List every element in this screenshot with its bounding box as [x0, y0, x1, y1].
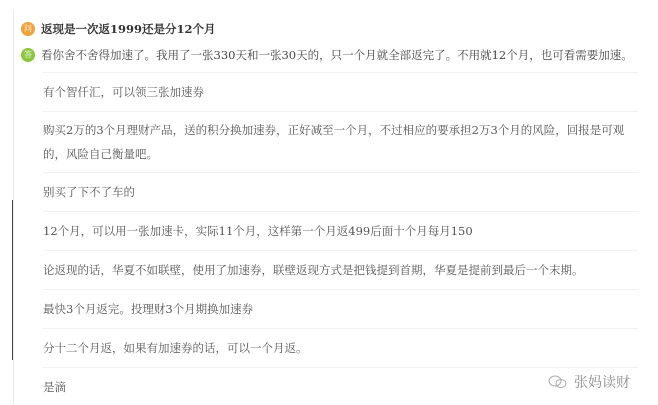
answer-badge-icon: 答: [21, 48, 35, 62]
left-accent-bar: [12, 200, 13, 360]
watermark-text: 张妈读财: [574, 372, 630, 392]
question-row: 问 返现是一次返1999还是分12个月: [21, 21, 216, 37]
answer-item: 别买了下不了车的: [43, 173, 638, 212]
wechat-icon: [548, 375, 568, 389]
answer-item: 12个月，可以用一张加速卡，实际11个月，这样第一个月返499后面十个月每月15…: [43, 212, 638, 251]
answer-item: 购买2万的3个月理财产品，送的积分换加速券，正好减至一个月，不过相应的要承担2万…: [43, 112, 638, 173]
question-text: 返现是一次返1999还是分12个月: [41, 21, 216, 37]
first-answer-row: 答 看你舍不舍得加速了。我用了一张330天和一张30天的，只一个月就全部返完了。…: [21, 47, 633, 63]
answer-item: 论返现的话，华夏不如联壁，使用了加速券，联壁返现方式是把钱提到首期，华夏是提前到…: [43, 251, 638, 290]
question-badge-icon: 问: [21, 22, 35, 36]
answer-item: 最快3个月返完。投理财3个月期换加速券: [43, 290, 638, 329]
watermark: 张妈读财: [548, 372, 630, 392]
answer-item: 分十二个月返，如果有加速券的话，可以一个月返。: [43, 329, 638, 368]
first-answer-text: 看你舍不舍得加速了。我用了一张330天和一张30天的，只一个月就全部返完了。不用…: [41, 47, 633, 63]
answer-item: 有个智仟汇，可以领三张加速券: [43, 75, 638, 112]
divider: [43, 72, 638, 73]
answer-list: 有个智仟汇，可以领三张加速券 购买2万的3个月理财产品，送的积分换加速券，正好减…: [43, 75, 638, 405]
